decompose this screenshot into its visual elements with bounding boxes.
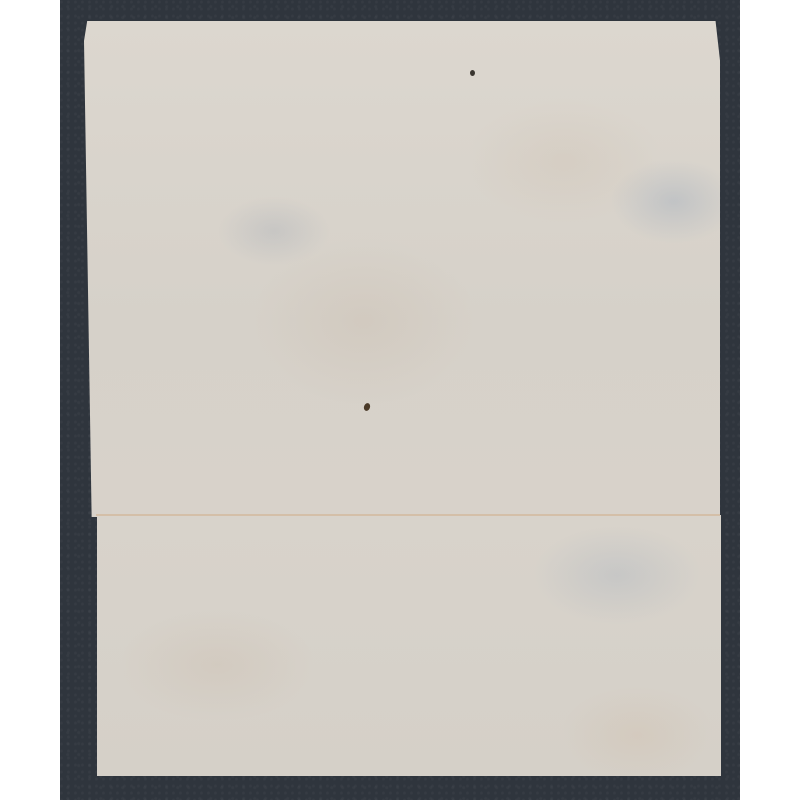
stamp-reverse-lower-section [97, 515, 721, 776]
stamp-reverse-upper-section [84, 21, 720, 517]
fold-line [96, 514, 720, 516]
ink-spot [470, 70, 475, 76]
